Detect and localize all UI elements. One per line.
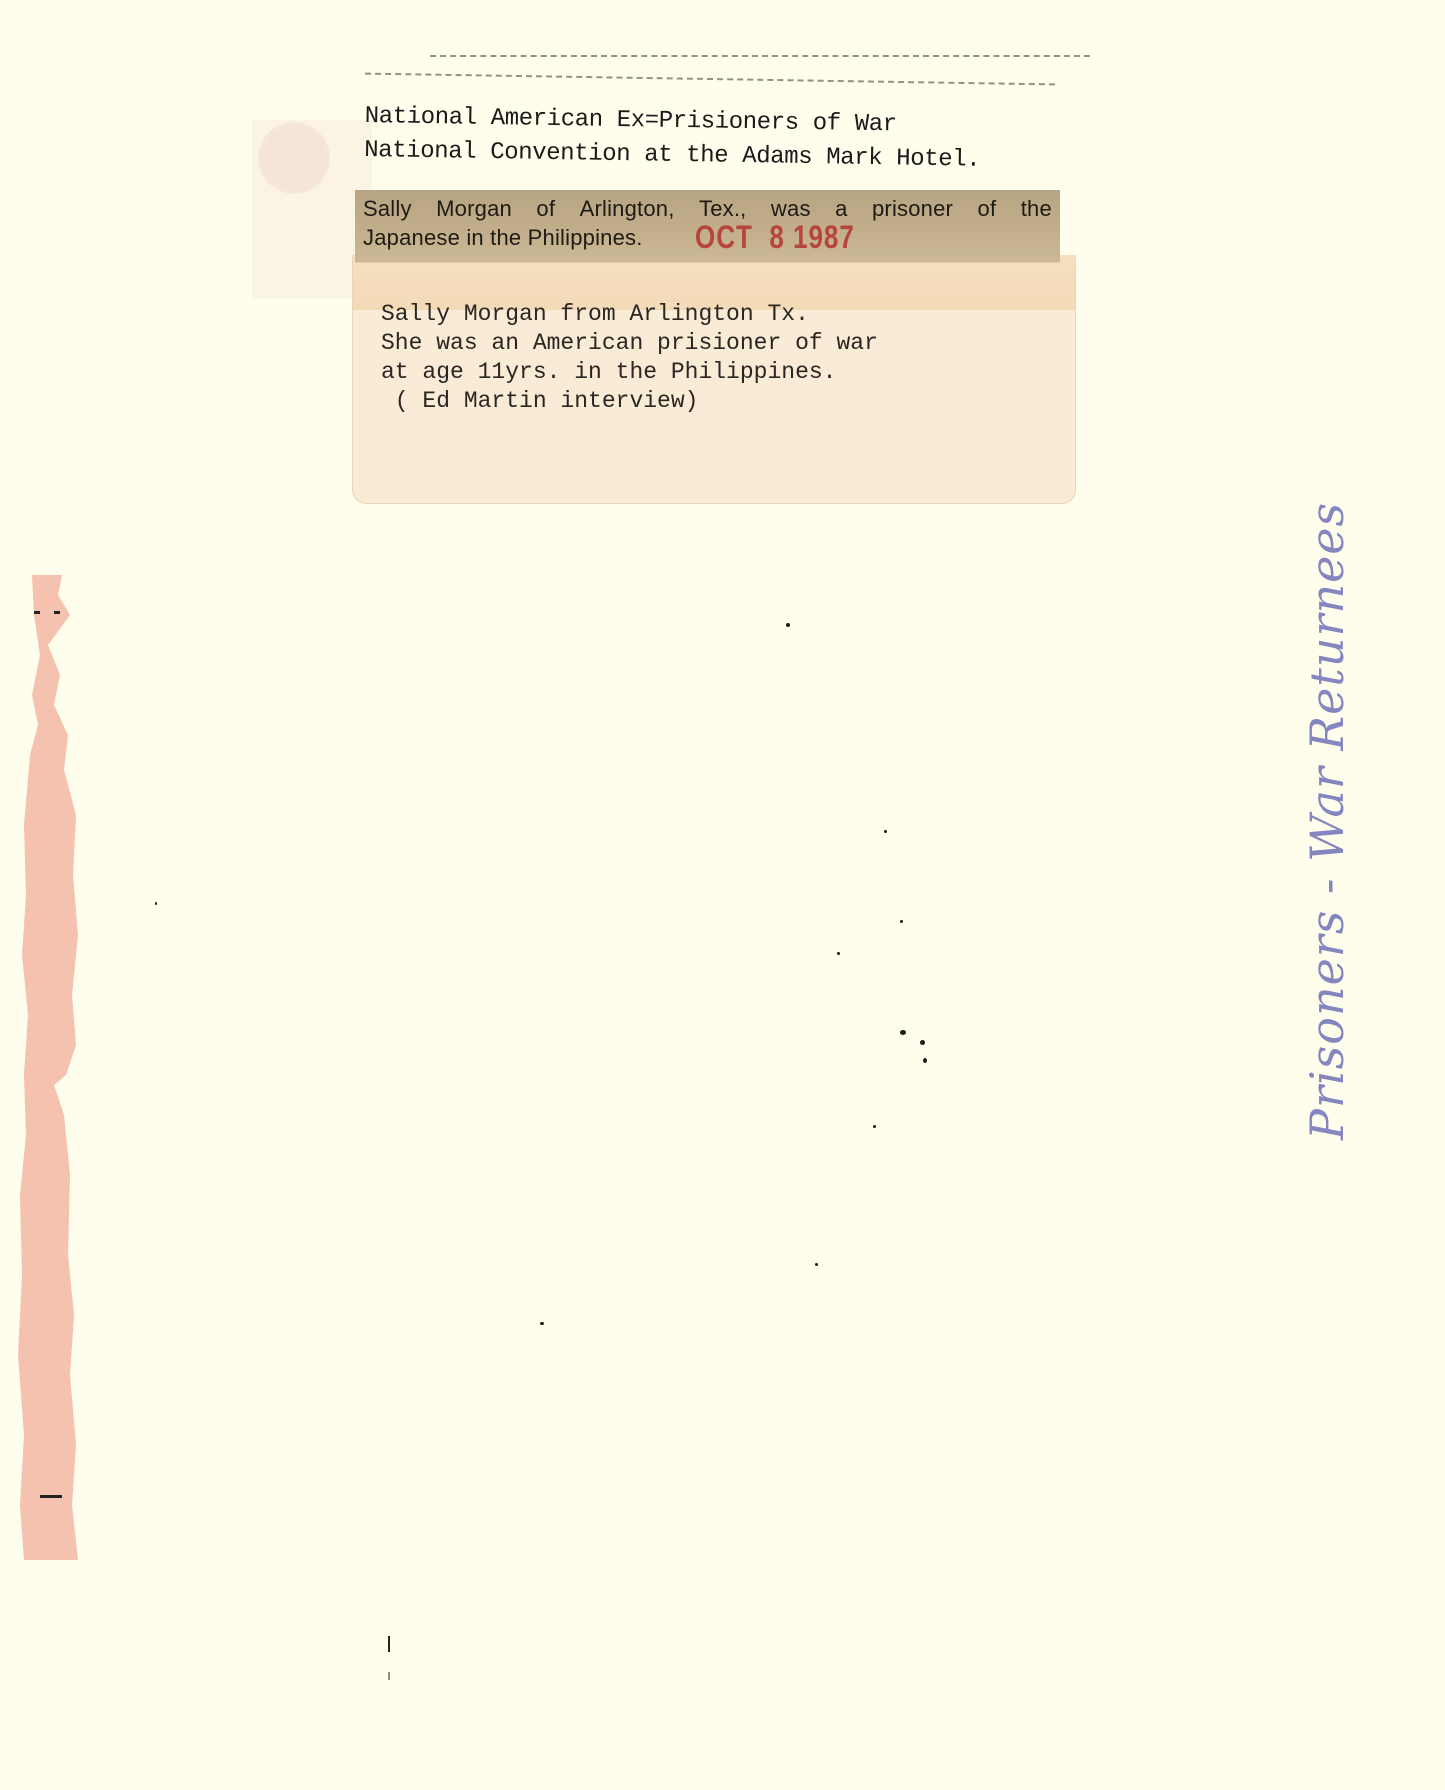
dust-speck: [884, 830, 887, 833]
ink-mark: [388, 1636, 390, 1652]
card-note-line-4: ( Ed Martin interview): [381, 387, 878, 416]
word: Morgan: [436, 194, 512, 223]
word: prisoner: [872, 194, 953, 223]
dust-speck: [900, 920, 903, 923]
dust-speck: [786, 623, 790, 627]
card-note-line-1: Sally Morgan from Arlington Tx.: [381, 300, 878, 329]
newspaper-clipping: Sally Morgan of Arlington, Tex., was a p…: [355, 190, 1060, 262]
handwritten-annotation: Prisoners - War Returnees: [1300, 502, 1354, 1140]
dust-speck: [837, 952, 840, 955]
photo-back-page: National American Ex=Prisioners of War N…: [0, 0, 1445, 1790]
card-note-line-3: at age 11yrs. in the Philippines.: [381, 358, 878, 387]
tape-residue-line: [430, 55, 1090, 57]
dust-speck: [923, 1058, 927, 1063]
dust-speck: [900, 1030, 906, 1035]
word: Arlington,: [580, 194, 675, 223]
word: the: [1021, 194, 1052, 223]
tape-residue-line: [365, 73, 1055, 86]
round-stain: [258, 122, 330, 194]
card-note: Sally Morgan from Arlington Tx. She was …: [381, 300, 878, 416]
dust-speck: [920, 1040, 925, 1045]
dust-speck: [815, 1263, 818, 1266]
torn-tape-strip: [18, 575, 80, 1560]
dust-speck: [873, 1125, 876, 1128]
index-card: Sally Morgan from Arlington Tx. She was …: [352, 255, 1076, 504]
dust-speck: [155, 902, 157, 905]
word: of: [978, 194, 997, 223]
word: of: [536, 194, 555, 223]
ink-mark: [388, 1672, 390, 1680]
typed-header: National American Ex=Prisioners of War N…: [364, 100, 981, 178]
dust-speck: [540, 1322, 544, 1325]
card-note-line-2: She was an American prisioner of war: [381, 329, 878, 358]
word: Sally: [363, 194, 412, 223]
date-stamp: OCT 8 1987: [695, 218, 855, 257]
